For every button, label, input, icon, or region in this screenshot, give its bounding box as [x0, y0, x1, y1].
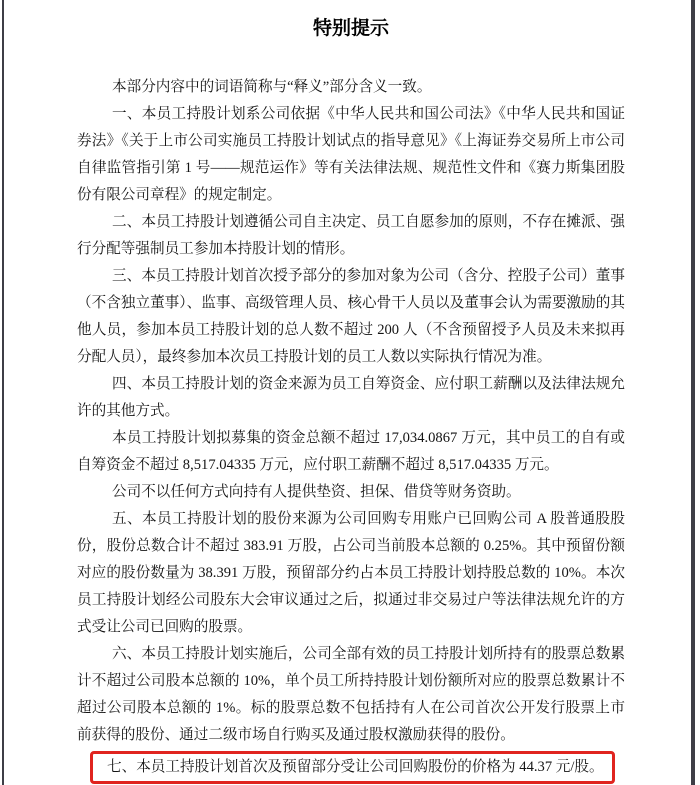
paragraph-item-7-highlighted: 七、本员工持股计划首次及预留部分受让公司回购股份的价格为 44.37 元/股。	[77, 751, 625, 784]
page-edge-right	[691, 0, 695, 785]
paragraph-item-4: 四、本员工持股计划的资金来源为员工自筹资金、应付职工薪酬以及法律法规允许的其他方…	[77, 371, 625, 425]
document-content: 特别提示 本部分内容中的词语简称与“释义”部分含义一致。 一、本员工持股计划系公…	[77, 16, 625, 784]
page-edge-left	[2, 0, 4, 785]
highlight-box: 七、本员工持股计划首次及预留部分受让公司回购股份的价格为 44.37 元/股。	[90, 751, 615, 784]
document-page: 特别提示 本部分内容中的词语简称与“释义”部分含义一致。 一、本员工持股计划系公…	[0, 0, 700, 785]
paragraph-item-3: 三、本员工持股计划首次授予部分的参加对象为公司（含分、控股子公司）董事（不含独立…	[77, 263, 625, 371]
paragraph-intro: 本部分内容中的词语简称与“释义”部分含义一致。	[77, 74, 625, 101]
paragraph-item-1: 一、本员工持股计划系公司依据《中华人民共和国公司法》《中华人民共和国证券法》《关…	[77, 101, 625, 209]
paragraph-item-5: 五、本员工持股计划的股份来源为公司回购专用账户已回购公司 A 股普通股股份，股份…	[77, 506, 625, 641]
paragraph-item-6: 六、本员工持股计划实施后，公司全部有效的员工持股计划所持有的股票总数累计不超过公…	[77, 641, 625, 749]
paragraph-no-aid: 公司不以任何方式向持有人提供垫资、担保、借贷等财务资助。	[77, 479, 625, 506]
paragraph-funds: 本员工持股计划拟募集的资金总额不超过 17,034.0867 万元，其中员工的自…	[77, 425, 625, 479]
page-title: 特别提示	[77, 16, 625, 42]
paragraph-item-2: 二、本员工持股计划遵循公司自主决定、员工自愿参加的原则，不存在摊派、强行分配等强…	[77, 209, 625, 263]
